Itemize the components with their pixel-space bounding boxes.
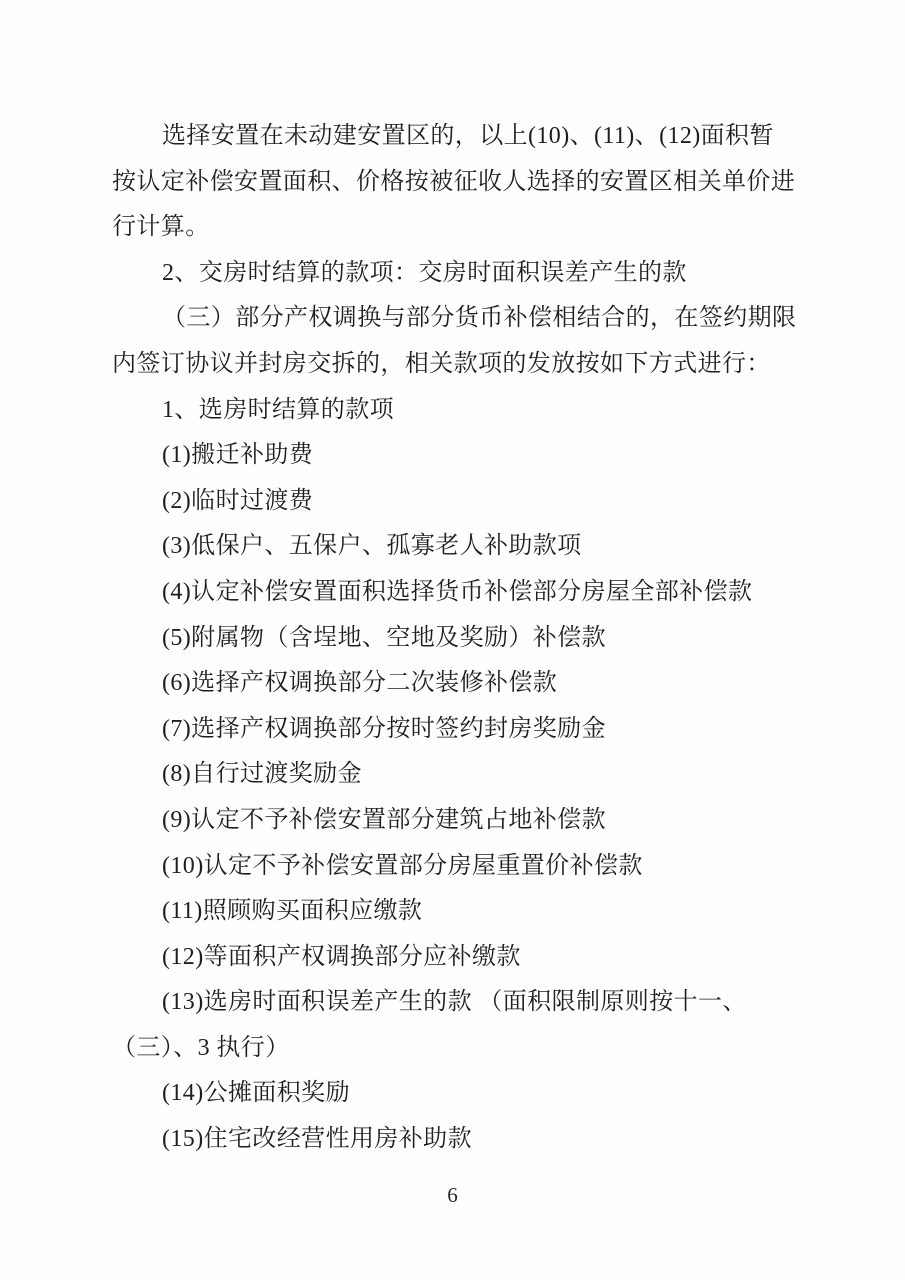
text-line: (14)公摊面积奖励 — [112, 1071, 812, 1117]
text-line: (3)低保户、五保户、孤寡老人补助款项 — [112, 524, 812, 570]
text-line: (13)选房时面积误差产生的款 （面积限制原则按十一、 — [112, 980, 812, 1026]
text-line: (7)选择产权调换部分按时签约封房奖励金 — [112, 707, 812, 753]
text-line: (10)认定不予补偿安置部分房屋重置价补偿款 — [112, 844, 812, 890]
page-number: 6 — [0, 1183, 905, 1208]
document-page: 选择安置在未动建安置区的，以上(10)、(11)、(12)面积暂按认定补偿安置面… — [0, 0, 905, 1280]
text-line: 行计算。 — [112, 205, 812, 251]
text-line: (4)认定补偿安置面积选择货币补偿部分房屋全部补偿款 — [112, 570, 812, 616]
text-line: 1、选房时结算的款项 — [112, 388, 812, 434]
document-body: 选择安置在未动建安置区的，以上(10)、(11)、(12)面积暂按认定补偿安置面… — [112, 114, 812, 1163]
text-line: （三）部分产权调换与部分货币补偿相结合的，在签约期限 — [112, 296, 812, 342]
text-line: 选择安置在未动建安置区的，以上(10)、(11)、(12)面积暂 — [112, 114, 812, 160]
text-line: (1)搬迁补助费 — [112, 433, 812, 479]
text-line: 2、交房时结算的款项：交房时面积误差产生的款 — [112, 251, 812, 297]
text-line: (12)等面积产权调换部分应补缴款 — [112, 935, 812, 981]
text-line: (8)自行过渡奖励金 — [112, 752, 812, 798]
text-line: (2)临时过渡费 — [112, 479, 812, 525]
text-line: 按认定补偿安置面积、价格按被征收人选择的安置区相关单价进 — [112, 160, 812, 206]
text-line: (15)住宅改经营性用房补助款 — [112, 1117, 812, 1163]
text-line: 内签订协议并封房交拆的，相关款项的发放按如下方式进行： — [112, 342, 812, 388]
text-line: (9)认定不予补偿安置部分建筑占地补偿款 — [112, 798, 812, 844]
text-line: （三）、3 执行） — [112, 1026, 812, 1072]
text-line: (11)照顾购买面积应缴款 — [112, 889, 812, 935]
text-line: (6)选择产权调换部分二次装修补偿款 — [112, 661, 812, 707]
text-line: (5)附属物（含埕地、空地及奖励）补偿款 — [112, 616, 812, 662]
